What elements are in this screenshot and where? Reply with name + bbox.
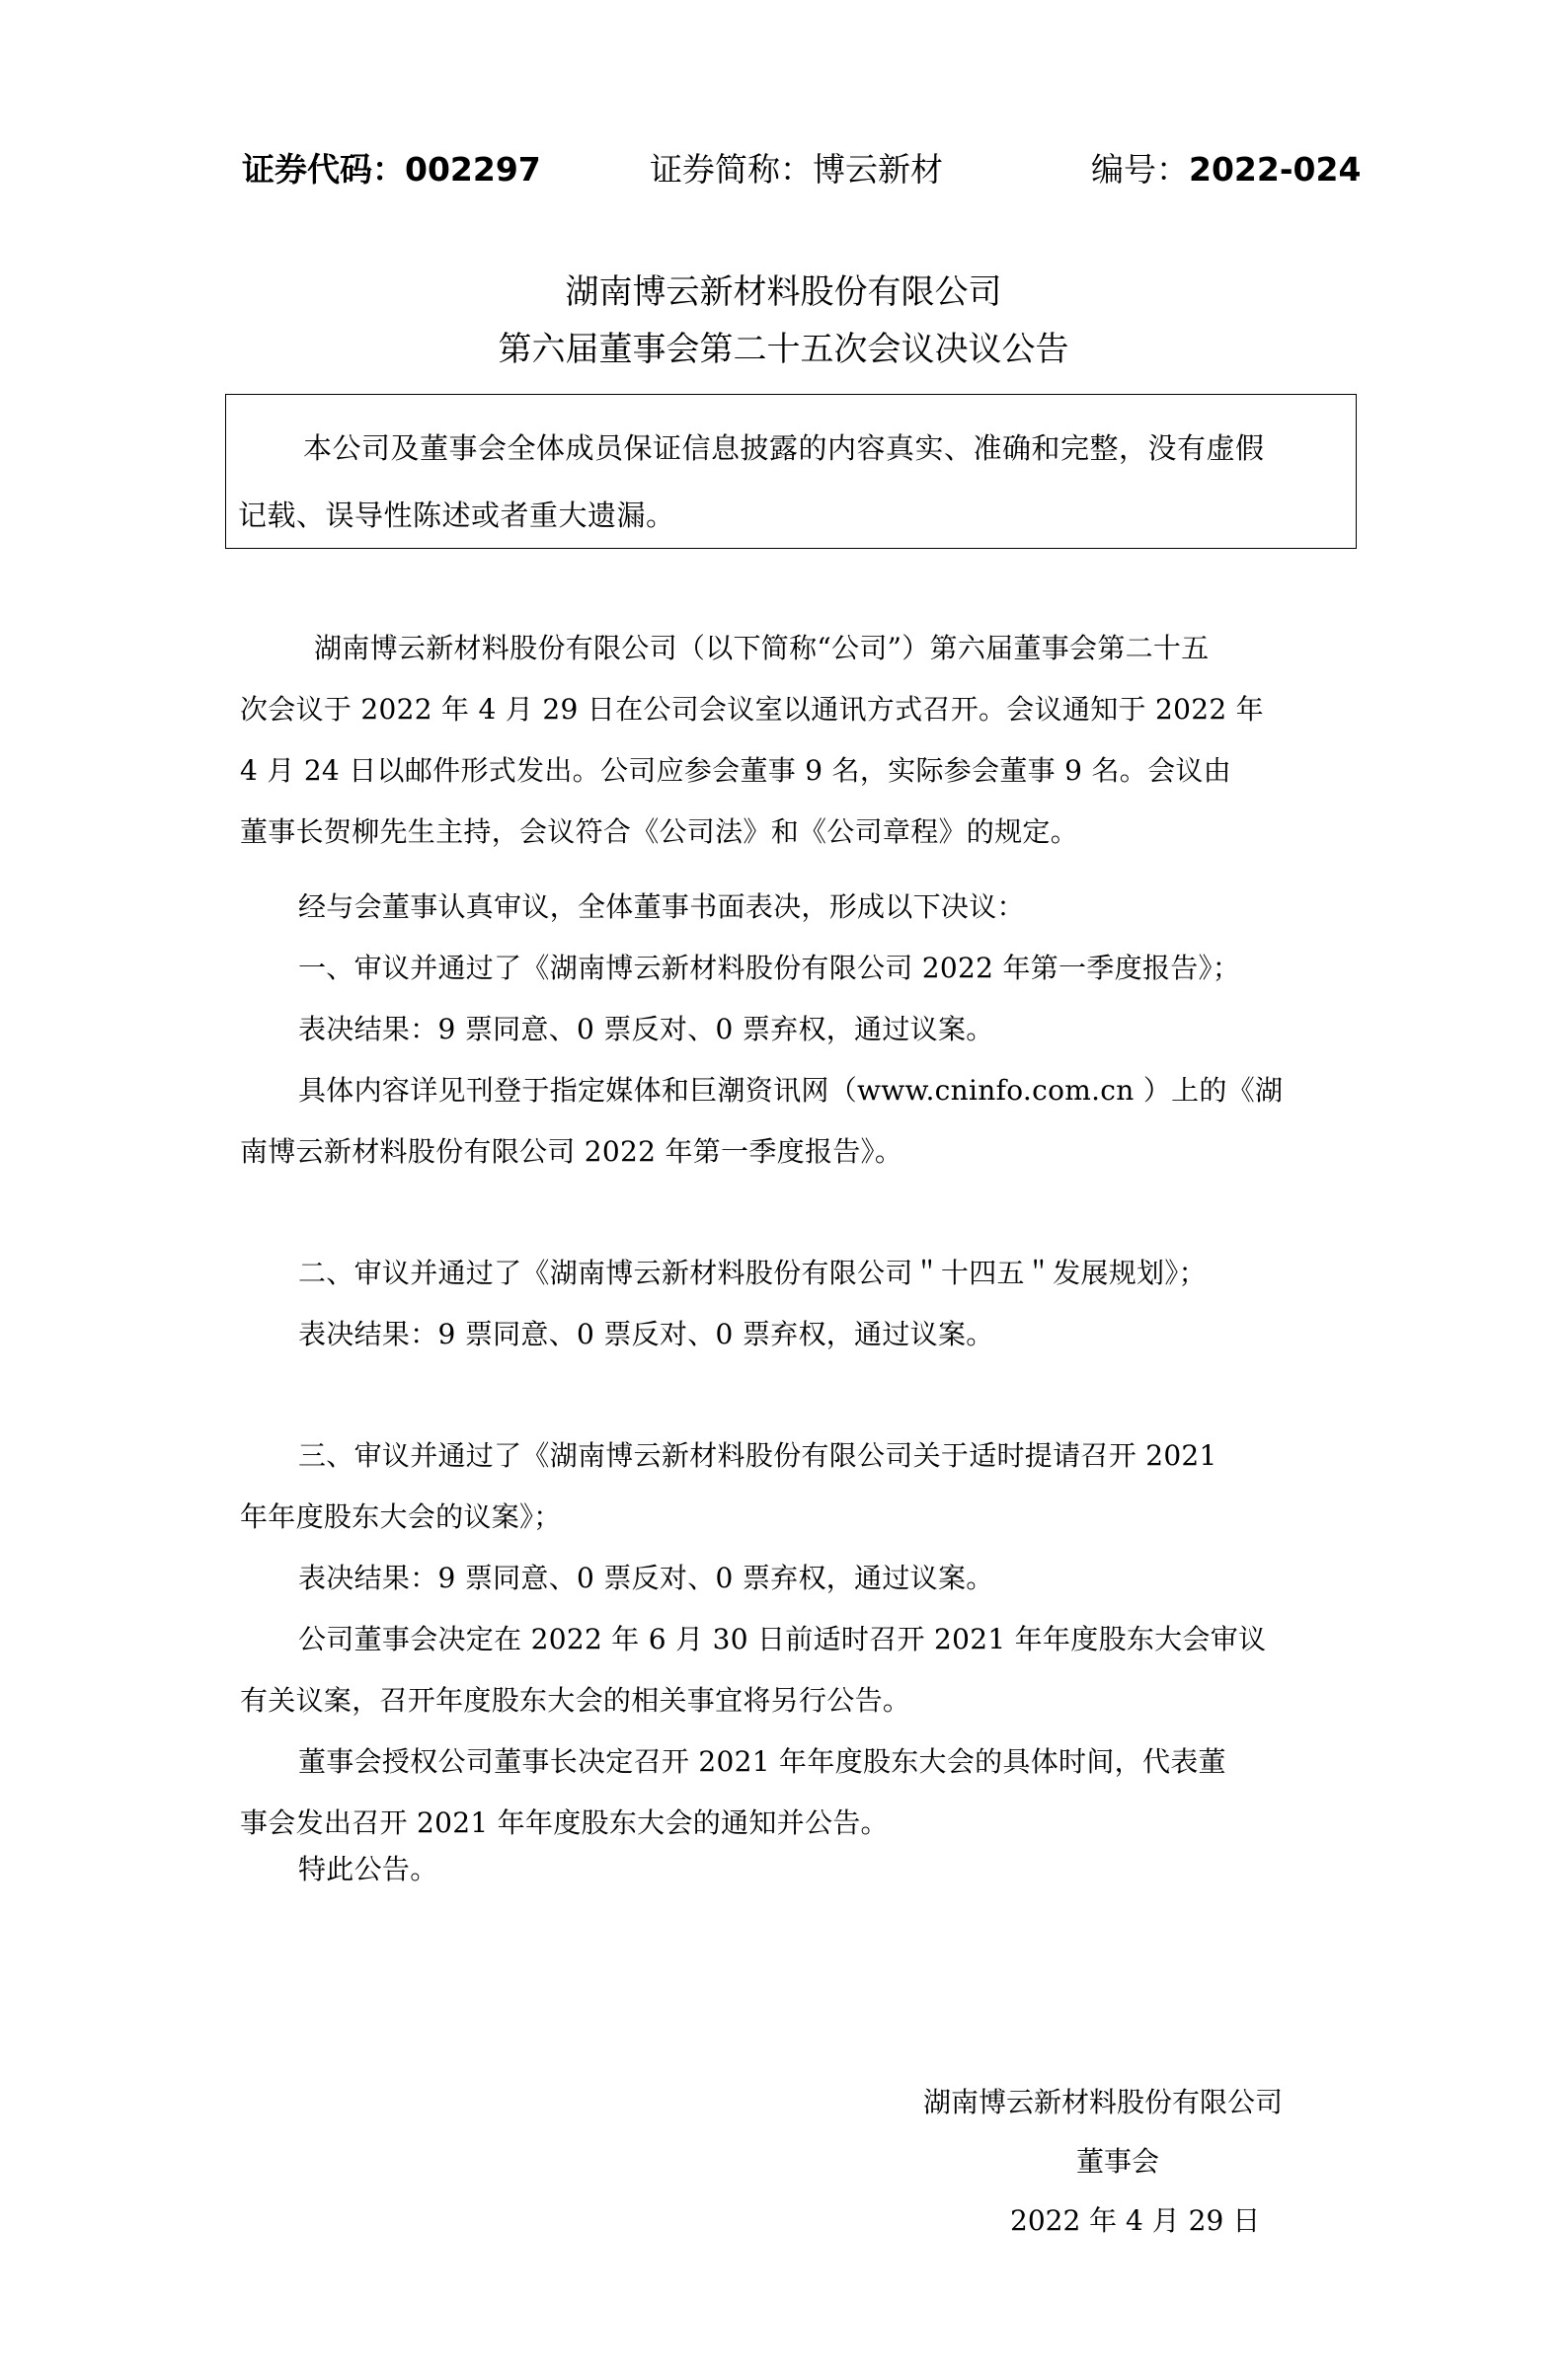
document-header: 证券代码：002297 证券简称：博云新材 编号：2022-024 bbox=[242, 144, 1343, 193]
security-code-value: 002297 bbox=[405, 150, 541, 189]
resolution-lead: 经与会董事认真审议，全体董事书面表决，形成以下决议： bbox=[298, 885, 1025, 925]
security-abbr-label: 证券简称： bbox=[650, 150, 813, 189]
signature-board: 董事会 bbox=[1076, 2140, 1159, 2180]
closing-statement: 特此公告。 bbox=[298, 1848, 438, 1887]
resolution-2-title: 二、审议并通过了《湖南博云新材料股份有限公司＂十四五＂发展规划》； bbox=[298, 1252, 1207, 1291]
intro-line-2: 次会议于 2022 年 4 月 29 日在公司会议室以通讯方式召开。会议通知于 … bbox=[240, 688, 1264, 728]
disclaimer-line-1: 本公司及董事会全体成员保证信息披露的内容真实、准确和完整，没有虚假 bbox=[303, 426, 1265, 467]
resolution-1-detail-text: 具体内容详见刊登于指定媒体和巨潮资讯网（www.cninfo.com.cn ）上… bbox=[298, 1074, 1283, 1107]
security-code: 证券代码：002297 bbox=[242, 144, 541, 191]
security-abbr: 证券简称：博云新材 bbox=[650, 144, 943, 191]
resolution-3-decision-line-2: 有关议案，召开年度股东大会的相关事宜将另行公告。 bbox=[240, 1679, 910, 1719]
title-company: 湖南博云新材料股份有限公司 bbox=[0, 265, 1567, 313]
serial-label: 编号： bbox=[1091, 150, 1189, 189]
resolution-3-title-line-2: 年年度股东大会的议案》； bbox=[240, 1496, 562, 1535]
resolution-1-title: 一、审议并通过了《湖南博云新材料股份有限公司 2022 年第一季度报告》； bbox=[298, 947, 1240, 986]
resolution-3-authorization-line-1: 董事会授权公司董事长决定召开 2021 年年度股东大会的具体时间，代表董 bbox=[298, 1740, 1226, 1780]
intro-line-1: 湖南博云新材料股份有限公司（以下简称“公司”）第六届董事会第二十五 bbox=[314, 627, 1210, 666]
intro-line-3: 4 月 24 日以邮件形式发出。公司应参会董事 9 名，实际参会董事 9 名。会… bbox=[240, 749, 1231, 789]
resolution-1-detail-line-1: 具体内容详见刊登于指定媒体和巨潮资讯网（www.cninfo.com.cn ）上… bbox=[298, 1069, 1283, 1109]
signature-date: 2022 年 4 月 29 日 bbox=[1010, 2199, 1260, 2239]
serial-value: 2022-024 bbox=[1189, 150, 1361, 189]
title-subject: 第六届董事会第二十五次会议决议公告 bbox=[0, 322, 1567, 370]
serial-number: 编号：2022-024 bbox=[1091, 144, 1361, 191]
resolution-3-vote: 表决结果：9 票同意、0 票反对、0 票弃权，通过议案。 bbox=[298, 1557, 994, 1596]
resolution-3-title-line-1: 三、审议并通过了《湖南博云新材料股份有限公司关于适时提请召开 2021 bbox=[298, 1434, 1217, 1474]
disclaimer-line-2: 记载、误导性陈述或者重大遗漏。 bbox=[238, 494, 675, 534]
signature-company: 湖南博云新材料股份有限公司 bbox=[923, 2081, 1283, 2120]
resolution-1-detail-line-2: 南博云新材料股份有限公司 2022 年第一季度报告》。 bbox=[240, 1130, 902, 1170]
security-code-label: 证券代码： bbox=[242, 150, 405, 189]
resolution-3-authorization-line-2: 事会发出召开 2021 年年度股东大会的通知并公告。 bbox=[240, 1802, 889, 1841]
resolution-2-vote: 表决结果：9 票同意、0 票反对、0 票弃权，通过议案。 bbox=[298, 1313, 994, 1352]
intro-line-4: 董事长贺柳先生主持，会议符合《公司法》和《公司章程》的规定。 bbox=[240, 810, 1078, 850]
resolution-3-decision-line-1: 公司董事会决定在 2022 年 6 月 30 日前适时召开 2021 年年度股东… bbox=[298, 1618, 1266, 1657]
disclaimer-box: 本公司及董事会全体成员保证信息披露的内容真实、准确和完整，没有虚假 记载、误导性… bbox=[225, 394, 1357, 549]
resolution-1-vote: 表决结果：9 票同意、0 票反对、0 票弃权，通过议案。 bbox=[298, 1008, 994, 1047]
security-abbr-value: 博云新材 bbox=[813, 150, 943, 189]
